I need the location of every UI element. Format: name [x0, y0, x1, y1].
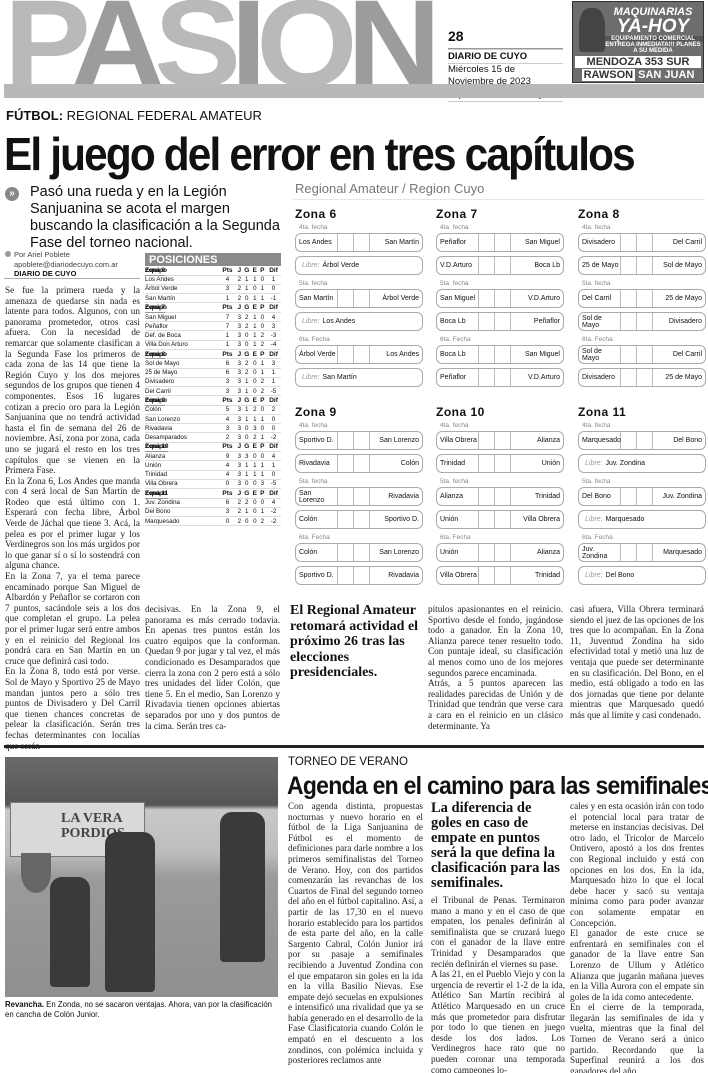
- away-team: V.D.Arturo: [511, 295, 563, 302]
- table-cell: 2: [259, 377, 266, 386]
- table-cell: 1: [242, 461, 251, 470]
- away-score: [637, 346, 653, 363]
- home-team: San Lorenzo: [296, 488, 338, 505]
- photo-caption: Revancha. En Zonda, no se sacaron ventaj…: [5, 1000, 280, 1020]
- table-cell: 2: [242, 322, 251, 331]
- byline-author: Por Ariel Poblete: [14, 250, 70, 259]
- away-team: Juv. Zondina: [653, 493, 705, 500]
- table-cell: 1: [259, 415, 266, 424]
- table-row: Villa Don Arturo13012-4: [145, 340, 281, 349]
- home-team: V.D.Arturo: [437, 257, 479, 274]
- away-team: 25 de Mayo: [653, 295, 705, 302]
- home-score: [621, 369, 637, 386]
- home-score: [479, 432, 495, 449]
- table-cell: 0: [251, 479, 258, 488]
- table-cell: 4: [219, 415, 236, 424]
- fecha-label: 5ta. fecha: [299, 279, 423, 289]
- fixture-zone: Zona 114ta. fechaMarquesadoDel BonoLibre…: [578, 405, 706, 589]
- table-cell: 5: [219, 405, 236, 414]
- match-row: Boca LbSan Miguel: [436, 345, 564, 364]
- libre-label: Libre:: [585, 460, 603, 467]
- away-score: [354, 290, 370, 307]
- zone-name: Zona 10: [145, 443, 168, 452]
- standings-grid: Zona 6EquipoPtsJGEPDifLos Andes421101Árb…: [145, 266, 281, 526]
- home-score: [621, 234, 637, 251]
- table-cell: Juv. Zondina: [145, 498, 219, 507]
- home-team: Sol de Mayo: [579, 313, 621, 330]
- bye-team: Árbol Verde: [323, 262, 360, 269]
- player-figure: [220, 812, 265, 962]
- double-chevron-icon: »: [5, 187, 19, 201]
- away-score: [495, 511, 511, 528]
- match-row: MarquesadoDel Bono: [578, 431, 706, 450]
- table-cell: 1: [251, 340, 258, 349]
- advertisement[interactable]: MAQUINARIAS YA-HOY EQUIPAMIENTO COMERCIA…: [572, 1, 704, 83]
- table-row: 25 de Mayo632011: [145, 368, 281, 377]
- home-score: [479, 455, 495, 472]
- home-score: [338, 455, 354, 472]
- article-kicker: TORNEO DE VERANO: [288, 756, 408, 768]
- table-cell: 0: [259, 322, 266, 331]
- table-cell: 1: [251, 470, 258, 479]
- table-row: Def. de Boca13012-3: [145, 331, 281, 340]
- paragraph: En la Zona 6, Los Andes que manda con 4 …: [5, 476, 140, 571]
- table-row: Villa Obrera03003-5: [145, 479, 281, 488]
- divider: [293, 199, 705, 200]
- article-column-2: el Tribunal de Penas. Terminaron mano a …: [431, 895, 565, 1073]
- away-score: [637, 290, 653, 307]
- away-score: [354, 455, 370, 472]
- table-cell: 1: [266, 368, 281, 377]
- libre-label: Libre:: [302, 374, 320, 381]
- table-cell: 3: [242, 452, 251, 461]
- table-cell: 9: [219, 452, 236, 461]
- table-cell: 3: [266, 359, 281, 368]
- table-cell: -5: [266, 386, 281, 395]
- fecha-label: 4ta. fecha: [582, 223, 706, 233]
- bye-team: Marquesado: [606, 516, 645, 523]
- byline-email[interactable]: apoblete@diariodecuyo.com.ar: [5, 260, 118, 270]
- article-column-3: pítulos apasionantes en el reinicio. Spo…: [428, 604, 563, 731]
- match-row: ColónSan Lorenzo: [295, 543, 423, 562]
- table-cell: San Lorenzo: [145, 415, 219, 424]
- home-score: [621, 346, 637, 363]
- table-cell: -2: [266, 517, 281, 526]
- away-score: [354, 234, 370, 251]
- table-cell: 7: [219, 312, 236, 321]
- table-cell: 1: [242, 377, 251, 386]
- fixture-zone: Zona 64ta. fechaLos AndesSan MartínLibre…: [295, 207, 423, 391]
- article-headline: Agenda en el camino para las semifinales: [287, 772, 708, 801]
- away-score: [637, 369, 653, 386]
- match-row: V.D.ArturoBoca Lb: [436, 256, 564, 275]
- club-shield-icon: [21, 853, 51, 893]
- match-row: Los AndesSan Martín: [295, 233, 423, 252]
- zone-title: Zona 7: [436, 207, 564, 221]
- away-team: San Martín: [370, 239, 422, 246]
- table-cell: 4: [219, 275, 236, 284]
- fecha-label: 5ta. fecha: [299, 477, 423, 487]
- paragraph: el Tribunal de Penas. Terminaron mano a …: [431, 895, 565, 969]
- home-team: Árbol Verde: [296, 346, 338, 363]
- table-cell: 1: [259, 470, 266, 479]
- table-cell: 1: [259, 507, 266, 516]
- table-cell: Del Bono: [145, 507, 219, 516]
- table-cell: 2: [219, 433, 236, 442]
- table-cell: 4: [266, 498, 281, 507]
- table-cell: 0: [242, 433, 251, 442]
- away-team: V.D.Arturo: [511, 374, 563, 381]
- away-score: [495, 290, 511, 307]
- libre-label: Libre:: [585, 516, 603, 523]
- table-cell: 0: [251, 377, 258, 386]
- home-score: [479, 544, 495, 561]
- fixture-zone: Zona 74ta. fechaPeñaflorSan MiguelV.D.Ar…: [436, 207, 564, 391]
- table-cell: Unión: [145, 461, 219, 470]
- table-row: Alianza933004: [145, 452, 281, 461]
- table-cell: 1: [242, 284, 251, 293]
- zone-title: Zona 9: [295, 405, 423, 419]
- away-team: Marquesado: [653, 549, 705, 556]
- away-score: [495, 257, 511, 274]
- article-headline: El juego del error en tres capítulos: [4, 128, 634, 180]
- table-cell: 1: [242, 415, 251, 424]
- fecha-label: 5ta. fecha: [440, 477, 564, 487]
- ad-brand: YA-HOY: [603, 18, 703, 36]
- home-team: San Miguel: [437, 290, 479, 307]
- away-team: Del Carril: [653, 239, 705, 246]
- ad-city-a: RAWSON: [582, 69, 636, 81]
- match-row: Árbol VerdeLos Andes: [295, 345, 423, 364]
- table-cell: 3: [219, 284, 236, 293]
- table-cell: Def. de Boca: [145, 331, 219, 340]
- table-cell: 1: [259, 433, 266, 442]
- table-cell: 0: [259, 405, 266, 414]
- divider: [4, 278, 140, 279]
- table-cell: 2: [242, 312, 251, 321]
- table-cell: Trinidad: [145, 470, 219, 479]
- table-cell: Villa Obrera: [145, 479, 219, 488]
- home-score: [338, 234, 354, 251]
- table-cell: 1: [266, 377, 281, 386]
- home-score: [338, 488, 354, 505]
- fecha-label: 4ta. fecha: [582, 421, 706, 431]
- paragraph: Atrás, a 5 puntos aparecen las realidade…: [428, 678, 563, 731]
- zone-name: Zona 8: [145, 350, 165, 359]
- table-cell: Villa Don Arturo: [145, 340, 219, 349]
- ad-phone-numbers: 4223657 264 4850503: [594, 82, 694, 83]
- away-team: San Miguel: [511, 351, 563, 358]
- table-row: San Lorenzo431110: [145, 415, 281, 424]
- ad-line: ENTREGA INMEDIATA!!! PLANES A SU MEDIDA: [603, 42, 703, 54]
- home-score: [338, 544, 354, 561]
- table-row: Divisadero331021: [145, 377, 281, 386]
- table-cell: 0: [242, 331, 251, 340]
- home-team: Boca Lb: [437, 313, 479, 330]
- zone-header-row: Zona 8: [145, 350, 273, 360]
- paragraph: pítulos apasionantes en el reinicio. Spo…: [428, 604, 563, 678]
- ad-address: MENDOZA 353 SUR: [575, 56, 701, 68]
- table-cell: 0: [251, 368, 258, 377]
- table-row: Trinidad431110: [145, 470, 281, 479]
- kicker-bold: FÚTBOL:: [6, 108, 63, 123]
- home-team: Alianza: [437, 488, 479, 505]
- table-cell: 2: [242, 368, 251, 377]
- player-figure: [50, 877, 90, 987]
- table-cell: Sol de Mayo: [145, 359, 219, 368]
- table-cell: 0: [242, 340, 251, 349]
- home-score: [479, 290, 495, 307]
- table-cell: 0: [219, 479, 236, 488]
- table-row: Rivadavia330300: [145, 424, 281, 433]
- home-score: [479, 567, 495, 584]
- home-team: Juv. Zondina: [579, 544, 621, 561]
- fecha-label: 5ta. fecha: [582, 279, 706, 289]
- away-score: [637, 313, 653, 330]
- match-row: Villa ObreraAlianza: [436, 431, 564, 450]
- match-row: Sportivo D.Rivadavia: [295, 566, 423, 585]
- paragraph: El ganador de este cruce se enfrentará e…: [570, 928, 704, 1002]
- table-cell: Árbol Verde: [145, 284, 219, 293]
- article-column-2: decisivas. En la Zona 9, el panorama es …: [145, 604, 280, 731]
- zone-name: Zona 6: [145, 266, 165, 275]
- home-team: Marquesado: [579, 432, 621, 449]
- table-cell: 0: [242, 517, 251, 526]
- match-row: UniónVilla Obrera: [436, 510, 564, 529]
- table-row: Marquesado02002-2: [145, 517, 281, 526]
- article-column-1: Se fue la primera rueda y la amenaza de …: [5, 285, 140, 751]
- table-cell: 2: [242, 359, 251, 368]
- bye-row: Libre:Juv. Zondina: [578, 454, 706, 473]
- article-column-4: casi afuera, Villa Obrera terminará sien…: [570, 604, 704, 721]
- table-cell: 1: [266, 275, 281, 284]
- fecha-label: 6ta. Fecha: [582, 533, 706, 543]
- bye-team: Del Bono: [606, 572, 635, 579]
- table-cell: 0: [266, 415, 281, 424]
- fecha-label: 6ta. Fecha: [440, 533, 564, 543]
- home-team: Del Carril: [579, 290, 621, 307]
- away-team: San Lorenzo: [370, 549, 422, 556]
- table-cell: 0: [251, 359, 258, 368]
- home-score: [621, 544, 637, 561]
- table-cell: 0: [251, 517, 258, 526]
- fixture-zone: Zona 84ta. fechaDivisaderoDel Carril25 d…: [578, 207, 706, 391]
- away-score: [354, 544, 370, 561]
- match-row: DivisaderoDel Carril: [578, 233, 706, 252]
- page-number: 28: [448, 28, 464, 44]
- table-cell: Colón: [145, 405, 219, 414]
- bye-team: San Martín: [323, 374, 357, 381]
- table-cell: 2: [251, 405, 258, 414]
- away-team: Villa Obrera: [511, 516, 563, 523]
- table-cell: 1: [259, 461, 266, 470]
- away-team: Sol de Mayo: [653, 262, 705, 269]
- match-row: Del BonoJuv. Zondina: [578, 487, 706, 506]
- publication-name: DIARIO DE CUYO: [448, 51, 563, 64]
- table-row: Del Bono32101-2: [145, 507, 281, 516]
- away-score: [495, 432, 511, 449]
- table-cell: 4: [266, 312, 281, 321]
- home-team: Sportivo D.: [296, 432, 338, 449]
- table-row: San Martín12011-1: [145, 294, 281, 303]
- match-row: AlianzaTrinidad: [436, 487, 564, 506]
- table-cell: 1: [251, 322, 258, 331]
- home-team: Rivadavia: [296, 455, 338, 472]
- paragraph: En la Zona 7, ya el tema parece encamina…: [5, 571, 140, 666]
- table-cell: 3: [251, 424, 258, 433]
- home-team: Colón: [296, 544, 338, 561]
- match-row: San LorenzoRivadavia: [295, 487, 423, 506]
- home-score: [338, 511, 354, 528]
- away-score: [354, 488, 370, 505]
- table-row: Árbol Verde321010: [145, 284, 281, 293]
- fecha-label: 6ta. Fecha: [582, 335, 706, 345]
- fecha-label: 5ta. fecha: [440, 279, 564, 289]
- table-cell: 4: [266, 452, 281, 461]
- ad-city-b: SAN JUAN: [638, 69, 694, 81]
- fecha-label: 6ta. Fecha: [299, 533, 423, 543]
- table-cell: 2: [259, 386, 266, 395]
- table-cell: Marquesado: [145, 517, 219, 526]
- home-team: Sportivo D.: [296, 567, 338, 584]
- section-divider: [4, 745, 704, 748]
- away-score: [354, 432, 370, 449]
- match-row: RivadaviaColón: [295, 454, 423, 473]
- bye-row: Libre:Los Andes: [295, 312, 423, 331]
- away-team: Del Bono: [653, 437, 705, 444]
- table-cell: San Martín: [145, 294, 219, 303]
- zone-title: Zona 8: [578, 207, 706, 221]
- statue-icon: [579, 8, 605, 52]
- table-cell: -3: [266, 331, 281, 340]
- paragraph: En la Zona 8, todo está por verse. Sol d…: [5, 666, 140, 751]
- table-cell: 1: [219, 294, 236, 303]
- zone-title: Zona 6: [295, 207, 423, 221]
- match-row: Sportivo D.San Lorenzo: [295, 431, 423, 450]
- table-cell: 2: [251, 433, 258, 442]
- table-cell: 1: [242, 507, 251, 516]
- header-bar: [4, 84, 704, 98]
- zone-header-row: Zona 10: [145, 443, 273, 453]
- match-row: 25 de MayoSol de Mayo: [578, 256, 706, 275]
- zone-header-row: Zona 9: [145, 396, 273, 406]
- paragraph: A las 21, en el Pueblo Viejo y con la ur…: [431, 969, 565, 1073]
- byline: Por Ariel Poblete apoblete@diariodecuyo.…: [5, 250, 118, 279]
- match-row: San MartínÁrbol Verde: [295, 289, 423, 308]
- away-team: Sportivo D.: [370, 516, 422, 523]
- table-cell: 25 de Mayo: [145, 368, 219, 377]
- table-cell: 0: [259, 498, 266, 507]
- fecha-label: 4ta. fecha: [299, 223, 423, 233]
- bye-team: Los Andes: [323, 318, 356, 325]
- home-score: [479, 346, 495, 363]
- table-cell: 1: [219, 340, 236, 349]
- table-cell: 0: [266, 424, 281, 433]
- fecha-label: 6ta. Fecha: [299, 335, 423, 345]
- table-cell: 4: [219, 470, 236, 479]
- zone-header-row: Zona 7: [145, 303, 273, 313]
- home-score: [338, 346, 354, 363]
- bye-row: Libre:San Martín: [295, 368, 423, 387]
- table-cell: 1: [259, 284, 266, 293]
- away-score: [354, 346, 370, 363]
- table-row: Los Andes421101: [145, 275, 281, 284]
- table-row: Del Carril33102-5: [145, 386, 281, 395]
- match-row: Juv. ZondinaMarquesado: [578, 543, 706, 562]
- table-cell: 1: [259, 368, 266, 377]
- home-team: Peñaflor: [437, 369, 479, 386]
- table-row: Colón531202: [145, 405, 281, 414]
- phone-icon: ✆: [582, 82, 593, 83]
- standings-table: POSICIONES Zona 6EquipoPtsJGEPDifLos And…: [145, 253, 281, 526]
- match-photo: LA VERA PORDIOS: [5, 757, 278, 997]
- away-team: Alianza: [511, 437, 563, 444]
- table-cell: Desamparados: [145, 433, 219, 442]
- bullet-icon: [5, 251, 11, 257]
- table-cell: 3: [259, 479, 266, 488]
- table-cell: 1: [251, 294, 258, 303]
- home-team: Del Bono: [579, 488, 621, 505]
- home-team: Divisadero: [579, 369, 621, 386]
- match-row: ColónSportivo D.: [295, 510, 423, 529]
- home-score: [621, 432, 637, 449]
- away-team: Árbol Verde: [370, 295, 422, 302]
- home-score: [338, 432, 354, 449]
- table-cell: 1: [259, 359, 266, 368]
- match-row: PeñaflorSan Miguel: [436, 233, 564, 252]
- match-row: Sol de MayoDel Carril: [578, 345, 706, 364]
- away-score: [495, 544, 511, 561]
- table-cell: 3: [219, 424, 236, 433]
- table-cell: 6: [219, 498, 236, 507]
- table-cell: Del Carril: [145, 386, 219, 395]
- table-cell: 1: [251, 331, 258, 340]
- table-cell: 1: [219, 331, 236, 340]
- table-cell: 1: [251, 312, 258, 321]
- match-row: TrinidadUnión: [436, 454, 564, 473]
- match-row: Villa ObreraTrinidad: [436, 566, 564, 585]
- caption-bold: Revancha.: [5, 1000, 44, 1009]
- table-cell: 0: [242, 294, 251, 303]
- away-team: Del Carril: [653, 351, 705, 358]
- away-score: [354, 567, 370, 584]
- table-cell: -1: [266, 294, 281, 303]
- match-row: Divisadero25 de Mayo: [578, 368, 706, 387]
- home-team: Unión: [437, 511, 479, 528]
- table-row: Juv. Zondina622004: [145, 498, 281, 507]
- home-score: [338, 290, 354, 307]
- table-cell: San Miguel: [145, 312, 219, 321]
- table-cell: 0: [266, 470, 281, 479]
- home-score: [479, 369, 495, 386]
- table-cell: 1: [251, 415, 258, 424]
- home-score: [479, 488, 495, 505]
- table-cell: Los Andes: [145, 275, 219, 284]
- table-cell: 3: [219, 386, 236, 395]
- ad-phones: ✆ 4223657 264 4850503: [575, 82, 701, 83]
- table-cell: 0: [259, 452, 266, 461]
- away-score: [495, 313, 511, 330]
- article-column-3: cales y en esta ocasión irán con todo el…: [570, 801, 704, 1073]
- zone-header-row: Zona 6: [145, 266, 273, 276]
- bye-team: Juv. Zondina: [606, 460, 646, 467]
- table-cell: Divisadero: [145, 377, 219, 386]
- fixture-zone: Zona 94ta. fechaSportivo D.San LorenzoRi…: [295, 405, 423, 589]
- table-cell: 0: [266, 284, 281, 293]
- away-team: Boca Lb: [511, 262, 563, 269]
- match-row: Del Carril25 de Mayo: [578, 289, 706, 308]
- table-cell: 1: [242, 275, 251, 284]
